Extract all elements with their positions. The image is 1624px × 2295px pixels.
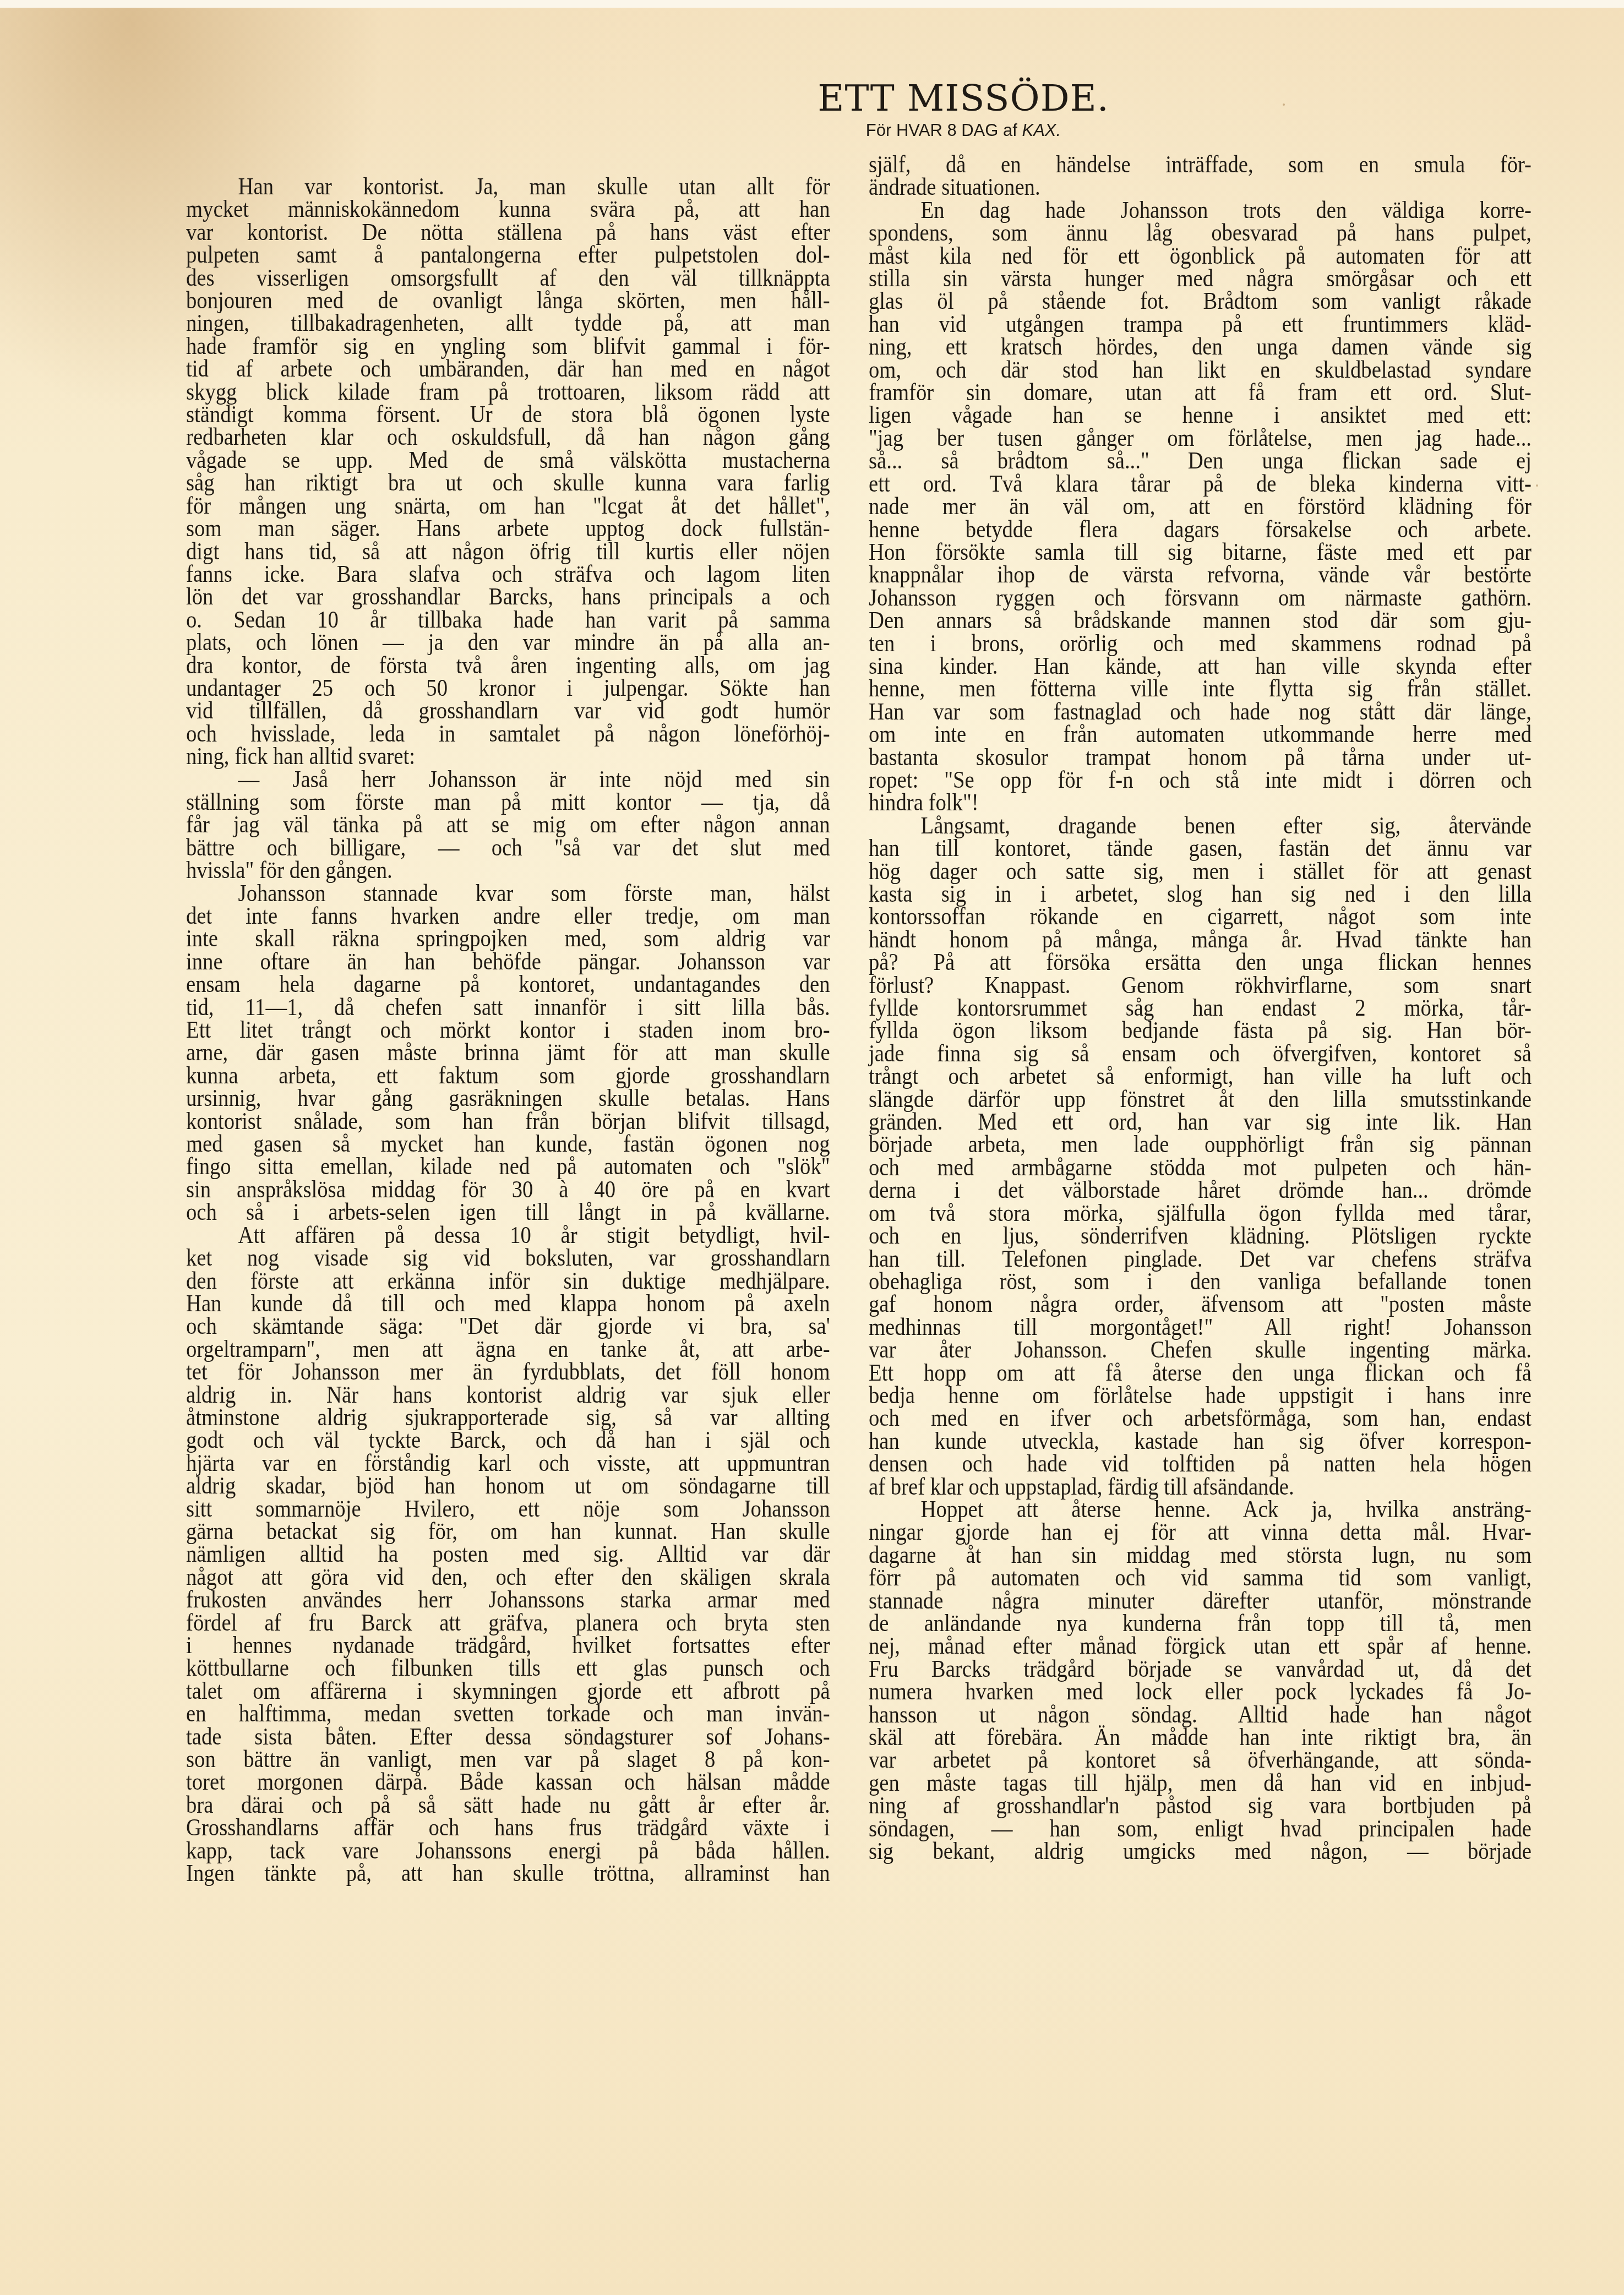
text-line: knappnålar ihop de värsta refvorna, vänd… (869, 563, 1532, 586)
text-line: så... så brådtom så..." Den unga flickan… (869, 449, 1532, 472)
text-line: obehagliga röst, som i den vanliga befal… (869, 1270, 1532, 1293)
text-line: henne betydde flera dagars försakelse oc… (869, 518, 1532, 541)
text-line: des visserligen omsorgsfullt af den väl … (186, 266, 830, 289)
text-line: stilla sin värsta hunger med några smörg… (869, 267, 1532, 290)
text-line: gränden. Med ett ord, han var sig inte l… (869, 1110, 1532, 1133)
text-line: han till. Telefonen pinglade. Det var ch… (869, 1247, 1532, 1270)
text-line: nämligen alltid ha posten med sig. Allti… (186, 1542, 830, 1565)
text-line: af bref klar och uppstaplad, färdig till… (869, 1475, 1532, 1498)
text-line: och hvisslade, leda in samtalet på någon… (186, 722, 830, 745)
text-line: aldrig skadar, bjöd han honom ut om sönd… (186, 1474, 830, 1497)
text-line: var åter Johansson. Chefen skulle ingent… (869, 1338, 1532, 1361)
text-line: Långsamt, dragande benen efter sig, åter… (869, 814, 1532, 837)
text-line: vid tillfällen, då grosshandlarn var vid… (186, 699, 830, 722)
text-column-left: Han var kontorist. Ja, man skulle utan a… (186, 175, 830, 1884)
text-line: söndagen, — han som, enligt hvad princip… (869, 1817, 1532, 1840)
text-line: Johansson stannade kvar som förste man, … (186, 882, 830, 904)
paper-speck (1283, 103, 1285, 106)
text-line: ligen vågade han se henne i ansiktet med… (869, 404, 1532, 426)
text-line: toret morgonen därpå. Både kassan och hä… (186, 1770, 830, 1793)
text-line: fyllde kontorsrummet såg han endast 2 mö… (869, 996, 1532, 1019)
text-line: hjärta var en förståndig karl och visste… (186, 1452, 830, 1474)
text-line: jade finna sig så ensam och öfvergifven,… (869, 1042, 1532, 1065)
text-line: Grosshandlarns affär och hans frus trädg… (186, 1816, 830, 1839)
text-line: den förste att erkänna inför sin duktige… (186, 1269, 830, 1292)
text-line: sitt sommarnöje Hvilero, ett nöje som Jo… (186, 1497, 830, 1520)
text-line: lön det var grosshandlar Barcks, hans pr… (186, 585, 830, 608)
text-line: inne oftare än han behöfde pängar. Johan… (186, 950, 830, 973)
text-line: om två stora mörka, själfulla ögon fylld… (869, 1202, 1532, 1224)
text-line: hindra folk"! (869, 791, 1532, 814)
text-line: ning, fick han alltid svaret: (186, 745, 830, 767)
text-line: framför sin domare, utan att få fram ett… (869, 381, 1532, 404)
text-line: talet om affärerna i skymningen gjorde e… (186, 1680, 830, 1702)
text-line: om inte en från automaten utkommande her… (869, 723, 1532, 745)
text-line: digt hans tid, så att någon öfrig till k… (186, 540, 830, 563)
text-line: trångt och arbetet så enformigt, han vil… (869, 1065, 1532, 1087)
text-line: densen och hade vid tolftiden på natten … (869, 1452, 1532, 1475)
text-line: bonjouren med de ovanligt långa skörten,… (186, 289, 830, 312)
text-line: Han var kontorist. Ja, man skulle utan a… (186, 175, 830, 198)
text-line: han vid utgången trampa på ett fruntimme… (869, 313, 1532, 335)
text-line: ständigt komma försent. Ur de stora blå … (186, 403, 830, 426)
text-line: med gasen så mycket han kunde, fastän ög… (186, 1132, 830, 1155)
text-line: om, och där stod han likt en skuldbelast… (869, 358, 1532, 381)
text-line: plats, och lönen — ja den var mindre än … (186, 631, 830, 653)
text-line: "jag ber tusen gånger om förlåtelse, men… (869, 427, 1532, 449)
text-line: Ett hopp om att få återse den unga flick… (869, 1361, 1532, 1384)
text-column-right: själf, då en händelse inträffade, som en… (869, 153, 1532, 1862)
byline-author: KAX. (1022, 121, 1061, 140)
text-line: hög dager och satte sig, men i stället f… (869, 860, 1532, 882)
text-line: började arbeta, men lade oupphörligt frå… (869, 1133, 1532, 1155)
article-byline: För HVAR 8 DAG af KAX. (661, 120, 1266, 141)
text-line: och med armbågarne stödda mot pulpeten o… (869, 1156, 1532, 1179)
text-line: ten i brons, orörlig och med skammens ro… (869, 632, 1532, 655)
text-line: han till kontoret, tände gasen, fastän d… (869, 837, 1532, 859)
text-line: arne, där gasen måste brinna jämt för at… (186, 1041, 830, 1064)
text-line: En dag hade Johansson trots den väldiga … (869, 199, 1532, 221)
text-line: bedja henne om förlåtelse hade uppstigit… (869, 1384, 1532, 1407)
text-line: och så i arbets-selen igen till långt in… (186, 1201, 830, 1223)
text-line: de anländande nya kunderna från topp til… (869, 1612, 1532, 1634)
text-line: en halftimma, medan svetten torkade och … (186, 1702, 830, 1725)
text-line: för mången ung snärta, om han "lcgat åt … (186, 494, 830, 517)
text-line: måst kila ned för ett ögonblick på autom… (869, 244, 1532, 267)
text-line: Fru Barcks trädgård började se vanvårdad… (869, 1658, 1532, 1680)
paper-speck (1536, 484, 1538, 487)
text-line: ningar gjorde han ej för att vinna detta… (869, 1520, 1532, 1543)
text-line: — Jaså herr Johansson är inte nöjd med s… (186, 768, 830, 791)
text-line: Hon försökte samla till sig bitarne, fäs… (869, 541, 1532, 563)
text-line: bättre och billigare, — och "så var det … (186, 836, 830, 859)
text-line: fördel af fru Barck att gräfva, planera … (186, 1611, 830, 1634)
text-line: undantager 25 och 50 kronor i julpengar.… (186, 677, 830, 699)
text-line: själf, då en händelse inträffade, som en… (869, 153, 1532, 176)
text-line: i hennes nydanade trädgård, hvilket fort… (186, 1634, 830, 1656)
text-line: fyllda ögon liksom bedjande fästa på sig… (869, 1019, 1532, 1042)
text-line: kunna arbeta, ett faktum som gjorde gros… (186, 1064, 830, 1087)
text-line: tade sista båten. Efter dessa söndagstur… (186, 1725, 830, 1748)
page-top-edge (0, 0, 1624, 8)
text-line: ningen, tillbakadragenheten, allt tydde … (186, 312, 830, 334)
text-line: och en ljus, sönderrifven klädning. Plöt… (869, 1224, 1532, 1247)
text-line: ursinnig, hvar gång gasräkningen skulle … (186, 1087, 830, 1109)
text-line: Hoppet att återse henne. Ack ja, hvilka … (869, 1498, 1532, 1520)
text-line: på? På att försöka ersätta den unga flic… (869, 951, 1532, 973)
text-line: bastanta skosulor trampat honom på tårna… (869, 746, 1532, 768)
text-line: var arbetet på kontoret så öfverhängande… (869, 1748, 1532, 1771)
text-line: nade mer än väl om, att en förstörd kläd… (869, 495, 1532, 517)
text-line: Johansson ryggen och försvann om närmast… (869, 586, 1532, 609)
text-line: Ingen tänkte på, att han skulle tröttna,… (186, 1862, 830, 1884)
paper-speck (969, 528, 971, 531)
text-line: godt och väl tyckte Barck, och då han i … (186, 1429, 830, 1451)
text-line: Han kunde då till och med klappa honom p… (186, 1292, 830, 1315)
text-line: sig bekant, aldrig umgicks med någon, — … (869, 1840, 1532, 1862)
text-line: frukosten användes herr Johanssons stark… (186, 1588, 830, 1611)
text-line: Ett litet trångt och mörkt kontor i stad… (186, 1018, 830, 1041)
text-line: det inte fanns hvarken andre eller tredj… (186, 904, 830, 927)
text-line: som man säger. Hans arbete upptog dock f… (186, 517, 830, 539)
text-line: bra därai och på så sätt hade nu gått år… (186, 1794, 830, 1816)
text-line: vågade se upp. Med de små välskötta must… (186, 449, 830, 471)
text-line: redbarheten klar och oskuldsfull, då han… (186, 426, 830, 448)
text-line: skäl att förebära. Än mådde han inte rik… (869, 1726, 1532, 1748)
text-line: dagarne åt han sin middag med största lu… (869, 1544, 1532, 1566)
text-line: gaf honom några order, äfvensom att "pos… (869, 1293, 1532, 1315)
article-title: ETT MISSÖDE. (661, 77, 1266, 120)
text-line: Han var som fastnaglad och hade nog ståt… (869, 700, 1532, 723)
text-line: nej, månad efter månad förgick utan ett … (869, 1634, 1532, 1657)
text-line: glas öl på stående fot. Brådtom som vanl… (869, 290, 1532, 312)
text-line: sin anspråkslösa middag för 30 à 40 öre … (186, 1178, 830, 1201)
text-line: fanns icke. Bara slafva och sträfva och … (186, 563, 830, 585)
text-line: ensam hela dagarne på kontoret, undantag… (186, 973, 830, 995)
text-line: ning af grosshandlar'n påstod sig vara b… (869, 1794, 1532, 1817)
text-line: gärna betackat sig för, om han kunnat. H… (186, 1520, 830, 1542)
text-line: kasta sig in i arbetet, slog han sig ned… (869, 882, 1532, 905)
text-line: ett ord. Två klara tårar på de bleka kin… (869, 472, 1532, 495)
text-line: aldrig in. När hans kontorist aldrig var… (186, 1383, 830, 1406)
text-line: kontorist snålade, som han från början b… (186, 1110, 830, 1132)
text-line: dra kontor, de första två åren ingenting… (186, 654, 830, 677)
text-line: sina kinder. Han kände, att han ville sk… (869, 655, 1532, 677)
text-line: henne, men fötterna ville inte flytta si… (869, 677, 1532, 700)
text-line: förlust? Knappast. Genom rökhvirflarne, … (869, 974, 1532, 996)
text-line: slängde därför upp fönstret åt den lilla… (869, 1088, 1532, 1110)
byline-prefix: För HVAR 8 DAG af (866, 121, 1022, 140)
text-line: han kunde utveckla, kastade han sig öfve… (869, 1430, 1532, 1452)
text-line: fingo sitta emellan, kilade ned på autom… (186, 1155, 830, 1178)
text-line: inte skall räkna springpojken med, som a… (186, 927, 830, 950)
text-line: spondens, som ännu låg obesvarad på hans… (869, 221, 1532, 244)
text-line: son bättre än vanligt, men var på slaget… (186, 1748, 830, 1770)
text-line: tid, 11—1, då chefen satt innanför i sit… (186, 996, 830, 1018)
text-line: mycket människokännedom kunna svära på, … (186, 198, 830, 220)
text-line: och med en ifver och arbetsförmåga, som … (869, 1407, 1532, 1429)
text-line: pulpeten samt å pantalongerna efter pulp… (186, 243, 830, 266)
text-line: såg han riktigt bra ut och skulle kunna … (186, 471, 830, 494)
text-line: hansson ut någon söndag. Alltid hade han… (869, 1703, 1532, 1726)
text-line: åtminstone aldrig sjukrapporterade sig, … (186, 1406, 830, 1429)
text-line: händt honom på många, många år. Hvad tän… (869, 928, 1532, 951)
text-line: ropet: "Se opp för f-n och stå inte midt… (869, 768, 1532, 791)
text-line: ning, ett kratsch hördes, den unga damen… (869, 335, 1532, 358)
newspaper-page: ETT MISSÖDE. För HVAR 8 DAG af KAX. Han … (0, 0, 1624, 2295)
text-line: orgeltramparn", men att ägna en tanke åt… (186, 1338, 830, 1360)
text-line: ändrade situationen. (869, 176, 1532, 198)
text-line: hvissla" för den gången. (186, 859, 830, 881)
text-line: kapp, tack vare Johanssons energi på båd… (186, 1839, 830, 1862)
text-line: stannade några minuter därefter utanför,… (869, 1589, 1532, 1612)
text-line: kontorssoffan rökande en cigarrett, någo… (869, 905, 1532, 928)
text-line: ställning som förste man på mitt kontor … (186, 791, 830, 813)
text-line: skygg blick kilade fram på trottoaren, l… (186, 380, 830, 403)
text-line: hade framför sig en yngling som blifvit … (186, 335, 830, 357)
text-line: tid af arbete och umbäranden, där han me… (186, 357, 830, 380)
text-line: numera hvarken med lock eller pock lycka… (869, 1680, 1532, 1703)
text-line: ket nog visade sig vid boksluten, var gr… (186, 1246, 830, 1269)
text-line: Att affären på dessa 10 år stigit betydl… (186, 1224, 830, 1246)
text-line: tet för Johansson mer än fyrdubblats, de… (186, 1360, 830, 1383)
text-line: får jag väl tänka på att se mig om efter… (186, 813, 830, 836)
text-line: o. Sedan 10 år tillbaka hade han varit p… (186, 608, 830, 631)
text-line: var kontorist. De nötta ställena på hans… (186, 221, 830, 243)
text-line: något att göra vid den, och efter den sk… (186, 1566, 830, 1588)
text-line: förr på automaten och vid samma tid som … (869, 1566, 1532, 1589)
text-line: Den annars så brådskande mannen stod där… (869, 609, 1532, 631)
article-header: ETT MISSÖDE. För HVAR 8 DAG af KAX. (661, 77, 1266, 141)
text-line: medhinnas till morgontåget!" All right! … (869, 1316, 1532, 1338)
text-line: derna i det välborstade håret drömde han… (869, 1179, 1532, 1201)
text-line: köttbullarne och filbunken tills ett gla… (186, 1656, 830, 1679)
text-line: gen måste tagas till hjälp, men då han v… (869, 1771, 1532, 1794)
text-line: och skämtande säga: "Det där gjorde vi b… (186, 1315, 830, 1337)
